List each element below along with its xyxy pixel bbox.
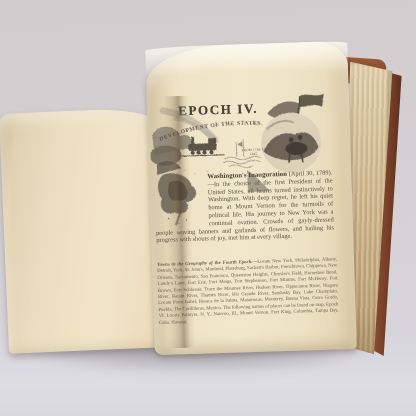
pioneers-vignette-circle [260, 112, 322, 174]
vignette-date-caption: FROM 1789 TO 1845. [240, 147, 267, 157]
book-photograph: EPOCH IV. [0, 0, 416, 416]
